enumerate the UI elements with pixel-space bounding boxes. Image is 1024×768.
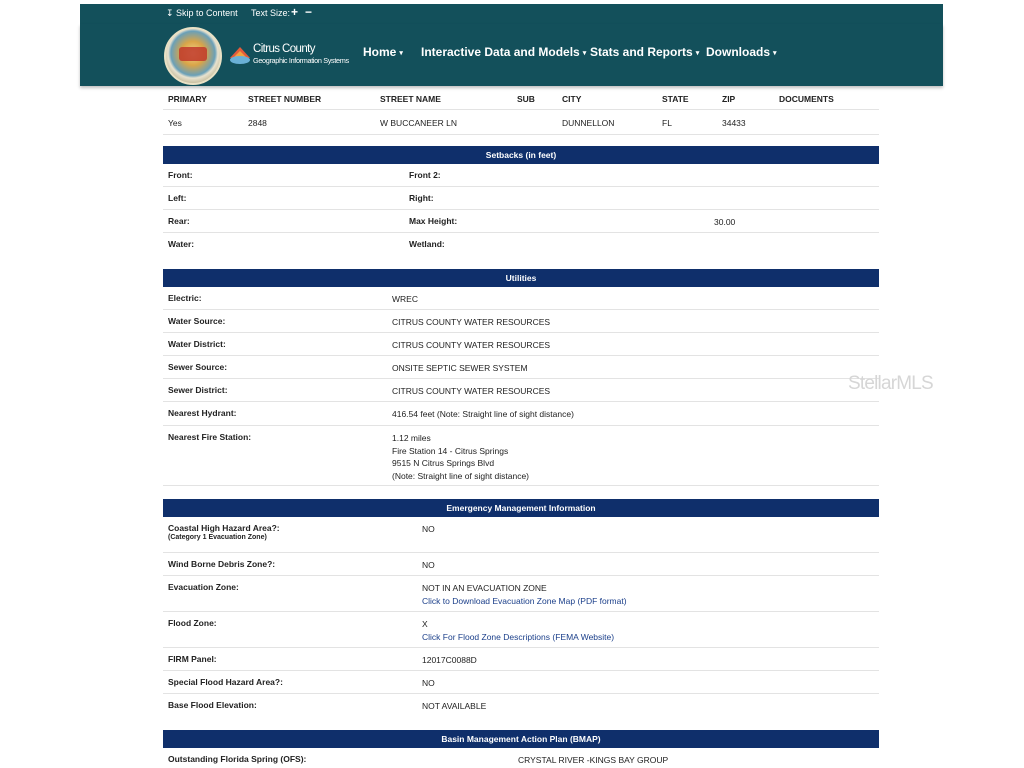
col-primary: PRIMARY [168, 94, 207, 104]
utility-bar: ↧ Skip to Content Text Size: + − [80, 4, 943, 24]
emergency-row: Wind Borne Debris Zone?: NO [163, 553, 879, 576]
emergency-row: Special Flood Hazard Area?: NO [163, 671, 879, 694]
utility-row: Sewer Source: ONSITE SEPTIC SEWER SYSTEM [163, 356, 879, 379]
chevron-down-icon: ▾ [773, 50, 777, 57]
utility-row: Sewer District: CITRUS COUNTY WATER RESO… [163, 379, 879, 402]
utility-row: Nearest Hydrant: 416.54 feet (Note: Stra… [163, 402, 879, 426]
emergency-row: Flood Zone: X Click For Flood Zone Descr… [163, 612, 879, 648]
text-size-label: Text Size: [251, 8, 290, 18]
setbacks-section-header: Setbacks (in feet) [163, 146, 879, 164]
col-sub: SUB [517, 94, 535, 104]
evacuation-map-link[interactable]: Click to Download Evacuation Zone Map (P… [422, 595, 627, 608]
bmap-row: Outstanding Florida Spring (OFS): CRYSTA… [163, 748, 879, 768]
utility-row: Electric: WREC [163, 287, 879, 310]
col-state: STATE [662, 94, 689, 104]
nav-home[interactable]: Home▾ [363, 45, 403, 59]
increase-text-size-button[interactable]: + [291, 5, 298, 19]
utility-row-fire-station: Nearest Fire Station: 1.12 miles Fire St… [163, 426, 879, 486]
utilities-section-header: Utilities [163, 269, 879, 287]
main-header: Citrus County Geographic Information Sys… [80, 24, 943, 86]
emergency-row: FIRM Panel: 12017C0088D [163, 648, 879, 671]
emergency-row: Base Flood Elevation: NOT AVAILABLE [163, 694, 879, 718]
gis-logo[interactable]: Citrus County Geographic Information Sys… [228, 43, 348, 69]
stellarmls-watermark: StellarMLS [848, 373, 933, 395]
gis-globe-icon [228, 44, 252, 66]
logo-title: Citrus County [253, 43, 315, 55]
table-row: Yes 2848 W BUCCANEER LN DUNNELLON FL 344… [163, 110, 879, 135]
chevron-down-icon: ▾ [696, 50, 700, 57]
decrease-text-size-button[interactable]: − [305, 5, 312, 19]
chevron-down-icon: ▾ [583, 50, 587, 57]
setback-row: Water: Wetland: [163, 233, 879, 257]
setback-row: Left: Right: [163, 187, 879, 210]
skip-to-content-link[interactable]: ↧ Skip to Content [166, 8, 238, 19]
emergency-row: Coastal High Hazard Area?:(Category 1 Ev… [163, 517, 879, 553]
address-header-row: PRIMARY STREET NUMBER STREET NAME SUB CI… [163, 88, 879, 110]
col-street-number: STREET NUMBER [248, 94, 321, 104]
page: ↧ Skip to Content Text Size: + − Citrus … [80, 0, 943, 768]
emergency-row: Evacuation Zone: NOT IN AN EVACUATION ZO… [163, 576, 879, 612]
emergency-section-header: Emergency Management Information [163, 499, 879, 517]
col-zip: ZIP [722, 94, 735, 104]
nav-interactive-data[interactable]: Interactive Data and Models▾ [421, 45, 586, 59]
utility-row: Water Source: CITRUS COUNTY WATER RESOUR… [163, 310, 879, 333]
bmap-section-header: Basin Management Action Plan (BMAP) [163, 730, 879, 748]
nav-downloads[interactable]: Downloads▾ [706, 45, 777, 59]
logo-subtitle: Geographic Information Systems [253, 56, 349, 65]
county-seal-logo[interactable] [164, 27, 222, 85]
flood-zone-descriptions-link[interactable]: Click For Flood Zone Descriptions (FEMA … [422, 631, 614, 644]
setback-row: Rear: Max Height: 30.00 [163, 210, 879, 233]
col-documents: DOCUMENTS [779, 94, 834, 104]
setback-row: Front: Front 2: [163, 164, 879, 187]
address-table: PRIMARY STREET NUMBER STREET NAME SUB CI… [163, 88, 879, 135]
nav-stats-reports[interactable]: Stats and Reports▾ [590, 45, 699, 59]
col-street-name: STREET NAME [380, 94, 441, 104]
col-city: CITY [562, 94, 581, 104]
utility-row: Water District: CITRUS COUNTY WATER RESO… [163, 333, 879, 356]
chevron-down-icon: ▾ [399, 50, 403, 57]
